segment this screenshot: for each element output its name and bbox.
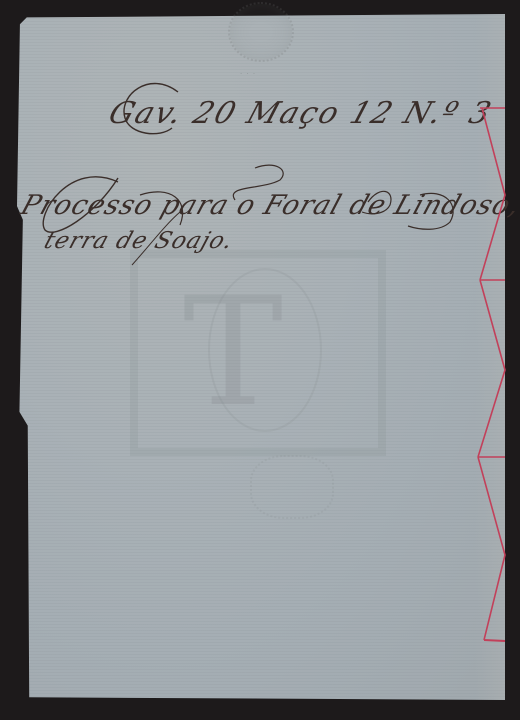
red-thread-binding bbox=[0, 0, 520, 720]
